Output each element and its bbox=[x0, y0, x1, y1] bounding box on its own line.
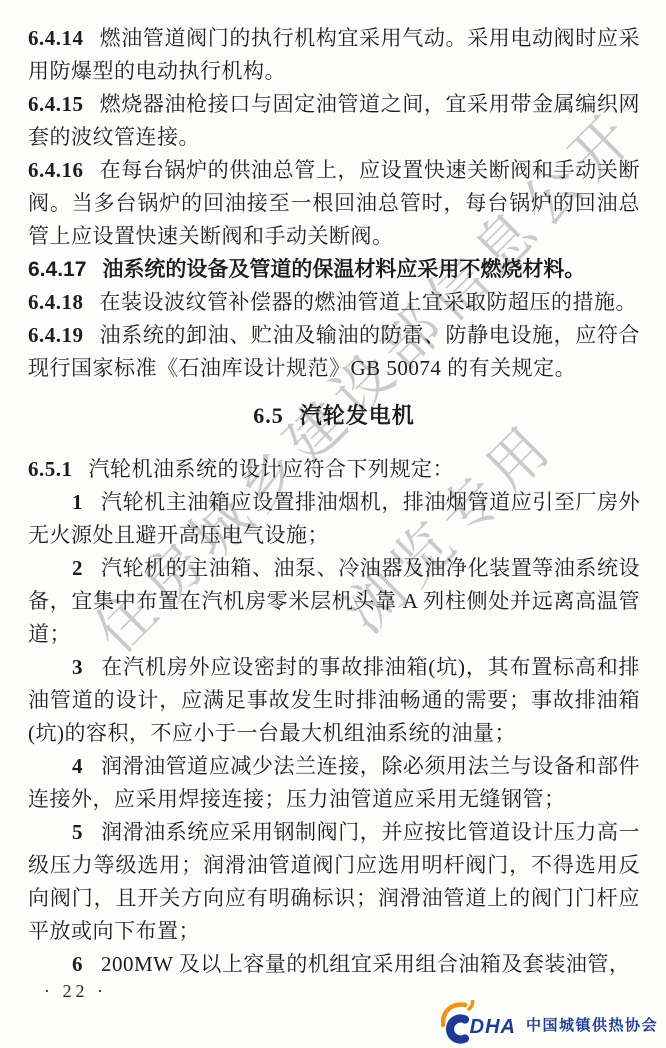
list-item-5: 5润滑油系统应采用钢制阀门，并应按比管道设计压力高一级压力等级选用；润滑油管道阀… bbox=[28, 816, 640, 948]
clause-text: 油系统的设备及管道的保温材料应采用不燃烧材料。 bbox=[102, 258, 585, 281]
clause-number: 6.4.17 bbox=[28, 258, 102, 281]
item-text: 汽轮机主油箱应设置排油烟机，排油烟管道应引至厂房外无火源处且避开高压电气设施； bbox=[28, 490, 640, 547]
clause-text: 油系统的卸油、贮油及输油的防雷、防静电设施，应符合现行国家标准《石油库设计规范》… bbox=[28, 323, 640, 380]
section-title: 汽轮发电机 bbox=[300, 403, 415, 428]
item-text: 在汽机房外应设密封的事故排油箱(坑)，其布置标高和排油管道的设计，应满足事故发生… bbox=[28, 655, 640, 745]
clause-6-4-19: 6.4.19油系统的卸油、贮油及输油的防雷、防静电设施，应符合现行国家标准《石油… bbox=[28, 319, 640, 385]
clause-number: 6.4.15 bbox=[28, 92, 100, 116]
list-item-3: 3在汽机房外应设密封的事故排油箱(坑)，其布置标高和排油管道的设计，应满足事故发… bbox=[28, 651, 640, 750]
clause-number: 6.4.16 bbox=[28, 158, 100, 182]
clause-text: 燃烧器油枪接口与固定油管道之间，宜采用带金属编织网套的波纹管连接。 bbox=[28, 92, 640, 149]
clause-text: 在每台锅炉的供油总管上，应设置快速关断阀和手动关断阀。当多台锅炉的回油接至一根回… bbox=[28, 158, 640, 248]
item-text: 润滑油系统应采用钢制阀门，并应按比管道设计压力高一级压力等级选用；润滑油管道阀门… bbox=[28, 820, 640, 943]
clause-number: 6.4.14 bbox=[28, 26, 100, 50]
page-number: · 22 · bbox=[44, 981, 107, 1002]
clause-6-5-1: 6.5.1汽轮机油系统的设计应符合下列规定： bbox=[28, 453, 640, 486]
item-number: 1 bbox=[72, 490, 101, 514]
item-text: 200MW 及以上容量的机组宜采用组合油箱及套装油管， bbox=[101, 952, 630, 976]
list-item-2: 2汽轮机的主油箱、油泵、冷油器及油净化装置等油系统设备，宜集中布置在汽机房零米层… bbox=[28, 552, 640, 651]
clause-number: 6.5.1 bbox=[28, 457, 89, 481]
clause-6-4-15: 6.4.15燃烧器油枪接口与固定油管道之间，宜采用带金属编织网套的波纹管连接。 bbox=[28, 88, 640, 154]
list-item-1: 1汽轮机主油箱应设置排油烟机，排油烟管道应引至厂房外无火源处且避开高压电气设施； bbox=[28, 486, 640, 552]
item-number: 6 bbox=[72, 952, 101, 976]
logo-acronym: DHA bbox=[470, 1014, 516, 1045]
item-number: 4 bbox=[72, 754, 101, 778]
clause-text: 在装设波纹管补偿器的燃油管道上宜采取防超压的措施。 bbox=[100, 290, 638, 314]
item-text: 润滑油管道应减少法兰连接，除必须用法兰与设备和部件连接外，应采用焊接连接；压力油… bbox=[28, 754, 640, 811]
clause-number: 6.4.19 bbox=[28, 323, 100, 347]
item-number: 2 bbox=[72, 556, 101, 580]
cdha-logo: DHA 中国城镇供热协会 bbox=[441, 1000, 658, 1045]
item-text: 汽轮机的主油箱、油泵、冷油器及油净化装置等油系统设备，宜集中布置在汽机房零米层机… bbox=[28, 556, 640, 646]
item-number: 3 bbox=[72, 655, 101, 679]
list-item-4: 4润滑油管道应减少法兰连接，除必须用法兰与设备和部件连接外，应采用焊接连接；压力… bbox=[28, 750, 640, 816]
clause-6-4-18: 6.4.18在装设波纹管补偿器的燃油管道上宜采取防超压的措施。 bbox=[28, 286, 640, 319]
clause-number: 6.4.18 bbox=[28, 290, 100, 314]
clause-6-4-17: 6.4.17油系统的设备及管道的保温材料应采用不燃烧材料。 bbox=[28, 253, 640, 286]
item-number: 5 bbox=[72, 820, 101, 844]
section-heading: 6.5汽轮发电机 bbox=[28, 399, 640, 432]
org-name: 中国城镇供热协会 bbox=[526, 1015, 658, 1045]
page-content: 6.4.14燃油管道阀门的执行机构宜采用气动。采用电动阀时应采用防爆型的电动执行… bbox=[28, 22, 640, 981]
clause-text: 汽轮机油系统的设计应符合下列规定： bbox=[89, 457, 455, 481]
list-item-6: 6200MW 及以上容量的机组宜采用组合油箱及套装油管， bbox=[28, 948, 640, 981]
clause-6-4-14: 6.4.14燃油管道阀门的执行机构宜采用气动。采用电动阀时应采用防爆型的电动执行… bbox=[28, 22, 640, 88]
clause-6-4-16: 6.4.16在每台锅炉的供油总管上，应设置快速关断阀和手动关断阀。当多台锅炉的回… bbox=[28, 154, 640, 253]
document-page: 住房城乡建设部信息公开 浏览专用 6.4.14燃油管道阀门的执行机构宜采用气动。… bbox=[0, 0, 666, 1048]
clause-text: 燃油管道阀门的执行机构宜采用气动。采用电动阀时应采用防爆型的电动执行机构。 bbox=[28, 26, 640, 83]
section-number: 6.5 bbox=[253, 403, 284, 428]
